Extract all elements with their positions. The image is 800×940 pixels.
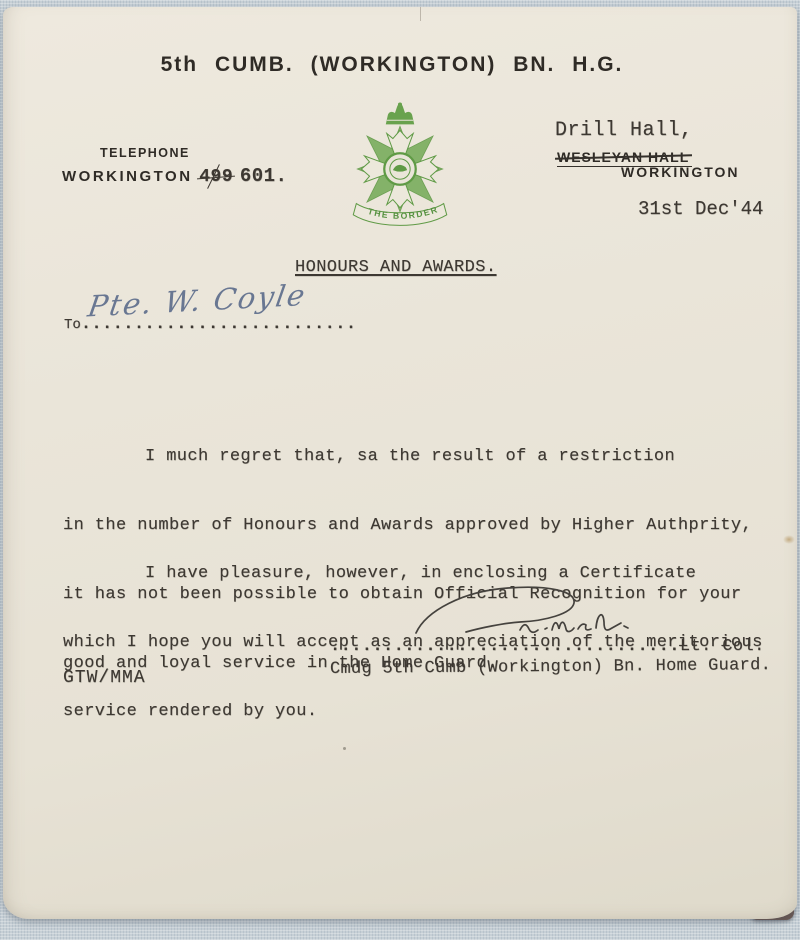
commanding-officer-title: Cmdg 5th Cumb (Workington) Bn. Home Guar… <box>330 656 771 679</box>
paper-crease <box>420 7 421 21</box>
body-line: I much regret that, sa the result of a r… <box>63 445 752 468</box>
unit-title: 5th CUMB. (WORKINGTON) BN. H.G. <box>0 53 789 77</box>
signature-rank-line: .................................Lt. Col… <box>330 637 765 656</box>
body-line: service rendered by you. <box>63 700 763 723</box>
address-city: WORKINGTON <box>621 164 740 180</box>
to-label: To <box>64 317 81 333</box>
reference-initials: GTW/MMA <box>63 668 146 688</box>
signature-rank: Lt. Col. <box>680 637 765 656</box>
telephone-line: WORKINGTON 499 601. <box>62 165 287 187</box>
address-line1: Drill Hall, <box>555 119 693 142</box>
telephone-old-number: 499 <box>199 167 233 187</box>
paper-stain <box>783 535 795 544</box>
photo-of-letter: { "letterhead": { "title": "5th CUMB. (W… <box>0 0 800 940</box>
telephone-place: WORKINGTON <box>62 168 193 185</box>
address-struck-line: WESLEYAN HALL <box>557 149 689 165</box>
badge-crown-icon <box>386 104 414 124</box>
telephone-label: TELEPHONE <box>100 146 190 160</box>
letter-date: 31st Dec'44 <box>638 198 763 220</box>
letter-paper: 5th CUMB. (WORKINGTON) BN. H.G. TELEPHON… <box>3 7 797 919</box>
telephone-new-number: 601. <box>240 165 288 187</box>
border-regiment-badge-icon: THE BORDER <box>344 102 456 230</box>
signature-dotted-line: ................................. <box>330 637 680 656</box>
